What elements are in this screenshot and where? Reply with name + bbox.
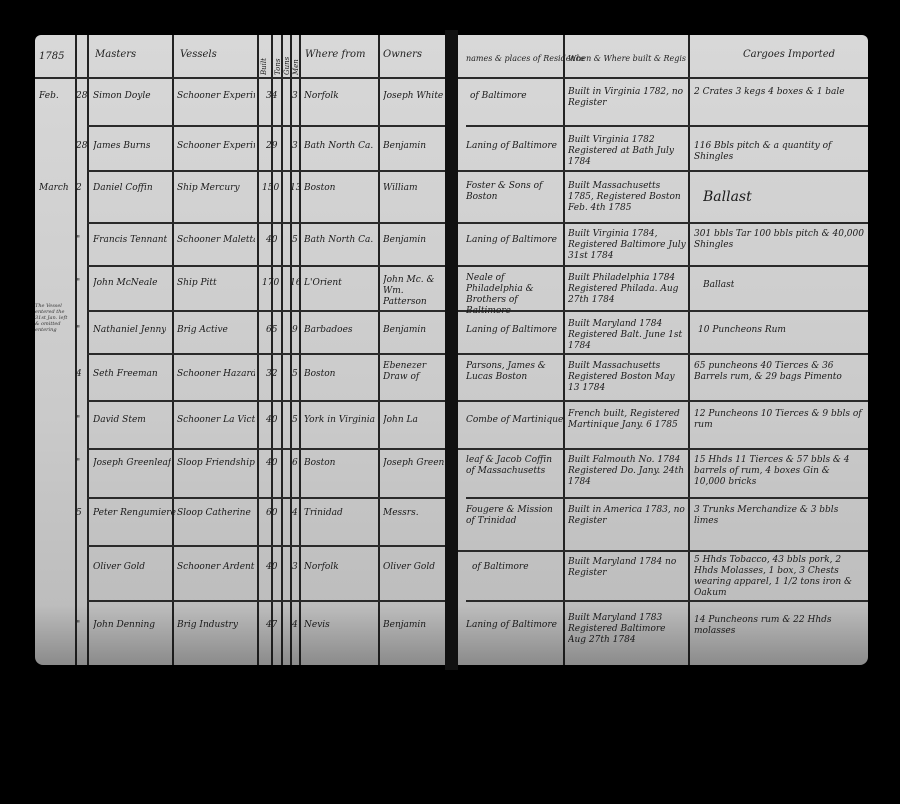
entry-men: 3 xyxy=(292,141,298,152)
entry-men: 4 xyxy=(292,508,298,519)
entry-tons: 34 xyxy=(266,91,277,102)
cargoes-header: Cargoes Imported xyxy=(743,49,835,60)
row-rule xyxy=(87,448,445,450)
entry-owner: Benjamin xyxy=(383,141,426,152)
entry-day: " xyxy=(76,278,80,289)
entry-cargo: 5 Hhds Tobacco, 43 bbls pork, 2 Hhds Mol… xyxy=(694,555,864,599)
entry-men: 5 xyxy=(292,235,298,246)
entry-built: Built Philadelphia 1784 Registered Phila… xyxy=(568,273,686,306)
entry-cargo: 12 Puncheons 10 Tierces & 9 bbls of rum xyxy=(694,409,864,431)
entry-master: John McNeale xyxy=(93,278,158,289)
entry-owner: Benjamin xyxy=(383,235,426,246)
row-rule xyxy=(458,222,868,224)
entry-residence: Foster & Sons of Boston xyxy=(466,181,561,203)
owners-header: Owners xyxy=(383,49,422,60)
entry-owner: Joseph Green xyxy=(383,458,444,469)
entry-master: Daniel Coffin xyxy=(93,183,153,194)
row-rule xyxy=(87,400,445,402)
entry-vessel: Sloop Catherine xyxy=(177,508,255,519)
entry-day: 28 xyxy=(76,91,87,102)
entry-built: Built in America 1783, no Register xyxy=(568,505,686,527)
entry-day: " xyxy=(76,458,80,469)
entry-cargo: 2 Crates 3 kegs 4 boxes & 1 bale xyxy=(694,87,864,98)
entry-owner: Ebenezer Draw of xyxy=(383,361,428,383)
entry-owner: Joseph White xyxy=(383,91,443,102)
entry-from: York in Virginia xyxy=(304,415,376,426)
entry-master: John Denning xyxy=(93,620,155,631)
entry-residence: Neale of Philadelphia & Brothers of Balt… xyxy=(466,273,561,317)
entry-vessel: Ship Mercury xyxy=(177,183,255,194)
entry-men: 16 xyxy=(290,278,301,289)
date-column-divider xyxy=(75,35,77,665)
row-rule xyxy=(87,170,445,172)
row-rule xyxy=(466,497,868,499)
entry-from: L'Orient xyxy=(304,278,342,289)
entry-tons: 40 xyxy=(266,415,277,426)
entry-residence: Fougere & Mission of Trinidad xyxy=(466,505,561,527)
row-rule xyxy=(87,545,445,547)
entry-vessel: Schooner Experiment xyxy=(177,141,255,152)
entry-from: Bath North Ca. xyxy=(304,235,373,246)
men-column-divider xyxy=(299,35,301,665)
tons-column-divider xyxy=(281,35,283,665)
entry-day: 28 xyxy=(76,141,87,152)
entry-master: James Burns xyxy=(93,141,150,152)
entry-master: Nathaniel Jenny xyxy=(93,325,166,336)
entry-residence: Laning of Baltimore xyxy=(466,325,557,336)
entry-built: Built Falmouth No. 1784 Registered Do. J… xyxy=(568,455,686,488)
entry-tons: 40 xyxy=(266,562,277,573)
vessels-column-divider xyxy=(257,35,259,665)
entry-from: Trinidad xyxy=(304,508,343,519)
entry-tons: 40 xyxy=(266,235,277,246)
entry-built: Built Massachusetts 1785, Registered Bos… xyxy=(568,181,686,214)
header-rule xyxy=(35,77,445,79)
where-from-header: Where from xyxy=(305,49,366,60)
entry-cargo: 116 Bbls pitch & a quantity of Shingles xyxy=(694,141,864,163)
entry-from: Norfolk xyxy=(304,562,339,573)
built-column-divider xyxy=(688,35,690,665)
entry-tons: 40 xyxy=(266,458,277,469)
entry-master: Peter Rengumiere xyxy=(93,508,176,519)
entry-vessel: Ship Pitt xyxy=(177,278,255,289)
entry-men: 4 xyxy=(292,620,298,631)
row-rule xyxy=(458,353,868,355)
row-rule xyxy=(458,400,868,402)
entry-owner: Oliver Gold xyxy=(383,562,435,573)
entry-cargo: Ballast xyxy=(703,280,734,291)
entry-built: Built in Virginia 1782, no Register xyxy=(568,87,686,109)
entry-from: Boston xyxy=(304,458,335,469)
entry-vessel: Sloop Friendship xyxy=(177,458,255,469)
entry-men: 6 xyxy=(292,458,298,469)
right-ledger-page: names & places of Residence When & Where… xyxy=(458,35,868,665)
entry-men: 13 xyxy=(290,183,301,194)
left-ledger-page: 1785 Masters Vessels Built Tons Guns Men… xyxy=(35,35,445,665)
entry-owner: John La xyxy=(383,415,418,426)
entry-residence: of Baltimore xyxy=(470,91,527,102)
entry-tons: 32 xyxy=(266,369,277,380)
entry-built: Built Virginia 1782 Registered at Bath J… xyxy=(568,135,686,168)
entry-master: Oliver Gold xyxy=(93,562,145,573)
entry-built: Built Virginia 1784, Registered Baltimor… xyxy=(568,229,686,262)
row-rule xyxy=(458,265,868,267)
entry-master: Seth Freeman xyxy=(93,369,158,380)
entry-tons: 65 xyxy=(266,325,277,336)
entry-built: Built Massachusetts Registered Boston Ma… xyxy=(568,361,686,394)
row-rule xyxy=(87,265,445,267)
row-rule xyxy=(458,550,868,552)
row-rule xyxy=(87,125,445,127)
entry-residence: Laning of Baltimore xyxy=(466,141,557,152)
entry-built: Built Maryland 1784 Registered Balt. Jun… xyxy=(568,319,686,352)
masters-header: Masters xyxy=(95,49,136,60)
entry-day: 2 xyxy=(76,183,82,194)
entry-vessel: Brig Industry xyxy=(177,620,255,631)
entry-cargo: 15 Hhds 11 Tierces & 57 bbls & 4 barrels… xyxy=(694,455,864,488)
row-rule xyxy=(87,497,445,499)
entry-cargo: Ballast xyxy=(703,189,752,205)
vessels-header: Vessels xyxy=(180,49,217,60)
row-rule xyxy=(87,600,445,602)
entry-owner: Benjamin xyxy=(383,620,426,631)
row-rule xyxy=(458,448,868,450)
margin-note: The Vessel entered the 31st Jan. left & … xyxy=(35,303,73,353)
entry-month: March xyxy=(39,183,69,194)
entry-day: 5 xyxy=(76,508,82,519)
entry-vessel: Schooner Maletta xyxy=(177,235,255,246)
entry-owner: Benjamin xyxy=(383,325,426,336)
entry-vessel: Schooner Ardent xyxy=(177,562,255,573)
row-rule xyxy=(87,353,445,355)
entry-men: 5 xyxy=(292,369,298,380)
entry-tons: 47 xyxy=(266,620,277,631)
entry-residence: Laning of Baltimore xyxy=(466,620,557,631)
row-rule xyxy=(466,600,868,602)
header-rule xyxy=(458,77,868,79)
entry-vessel: Brig Active xyxy=(177,325,255,336)
residence-column-divider xyxy=(563,35,565,665)
entry-tons: 60 xyxy=(266,508,277,519)
entry-residence: leaf & Jacob Coffin of Massachusetts xyxy=(466,455,561,477)
page-shadow xyxy=(35,605,445,665)
when-built-header: When & Where built & Registered xyxy=(568,53,686,64)
men-header: Men xyxy=(291,39,302,75)
entry-day: 4 xyxy=(76,369,82,380)
row-rule xyxy=(87,222,445,224)
entry-master: Joseph Greenleaf xyxy=(93,458,171,469)
entry-from: Boston xyxy=(304,369,335,380)
entry-owner: Messrs. xyxy=(383,508,419,519)
entry-owner: William xyxy=(383,183,418,194)
row-rule xyxy=(87,310,445,312)
entry-cargo: 3 Trunks Merchandize & 3 bbls limes xyxy=(694,505,864,527)
entry-men: 9 xyxy=(292,325,298,336)
entry-men: 5 xyxy=(292,415,298,426)
entry-residence: Laning of Baltimore xyxy=(466,235,557,246)
year-heading: 1785 xyxy=(39,51,64,62)
entry-day: " xyxy=(76,415,80,426)
entry-residence: of Baltimore xyxy=(472,562,529,573)
entry-vessel: Schooner Hazard xyxy=(177,369,255,380)
entry-day: " xyxy=(76,620,80,631)
masters-column-divider xyxy=(172,35,174,665)
entry-men: 3 xyxy=(292,91,298,102)
entry-cargo: 301 bbls Tar 100 bbls pitch & 40,000 Shi… xyxy=(694,229,864,251)
entry-day: " xyxy=(76,325,80,336)
entry-built: French built, Registered Martinique Jany… xyxy=(568,409,686,431)
entry-cargo: 10 Puncheons Rum xyxy=(698,325,786,336)
row-rule xyxy=(466,125,868,127)
entry-master: Simon Doyle xyxy=(93,91,151,102)
entry-from: Bath North Ca. xyxy=(304,141,373,152)
day-column-divider xyxy=(87,35,89,665)
entry-tons: 150 xyxy=(262,183,279,194)
entry-men: 3 xyxy=(292,562,298,573)
entry-master: Francis Tennant xyxy=(93,235,167,246)
where-from-column-divider xyxy=(378,35,380,665)
entry-from: Boston xyxy=(304,183,335,194)
entry-residence: Combe of Martinique xyxy=(466,415,563,426)
entry-from: Barbadoes xyxy=(304,325,353,336)
entry-vessel: Schooner Experiment xyxy=(177,91,255,102)
entry-cargo: 65 puncheons 40 Tierces & 36 Barrels rum… xyxy=(694,361,864,383)
entry-from: Norfolk xyxy=(304,91,339,102)
entry-vessel: Schooner La Victoire xyxy=(177,415,255,426)
entry-built: Built Maryland 1784 no Register xyxy=(568,557,686,579)
entry-from: Nevis xyxy=(304,620,330,631)
built-header: Built xyxy=(259,39,270,75)
entry-cargo: 14 Puncheons rum & 22 Hhds molasses xyxy=(694,615,864,637)
entry-day: " xyxy=(76,235,80,246)
entry-master: David Stem xyxy=(93,415,146,426)
entry-built: Built Maryland 1783 Registered Baltimore… xyxy=(568,613,686,646)
entry-tons: 29 xyxy=(266,141,277,152)
row-rule xyxy=(458,170,868,172)
entry-month: Feb. xyxy=(39,91,59,102)
entry-tons: 170 xyxy=(262,278,279,289)
book-gutter xyxy=(445,30,458,670)
entry-owner: John Mc. & Wm. Patterson xyxy=(383,275,443,308)
entry-residence: Parsons, James & Lucas Boston xyxy=(466,361,561,383)
